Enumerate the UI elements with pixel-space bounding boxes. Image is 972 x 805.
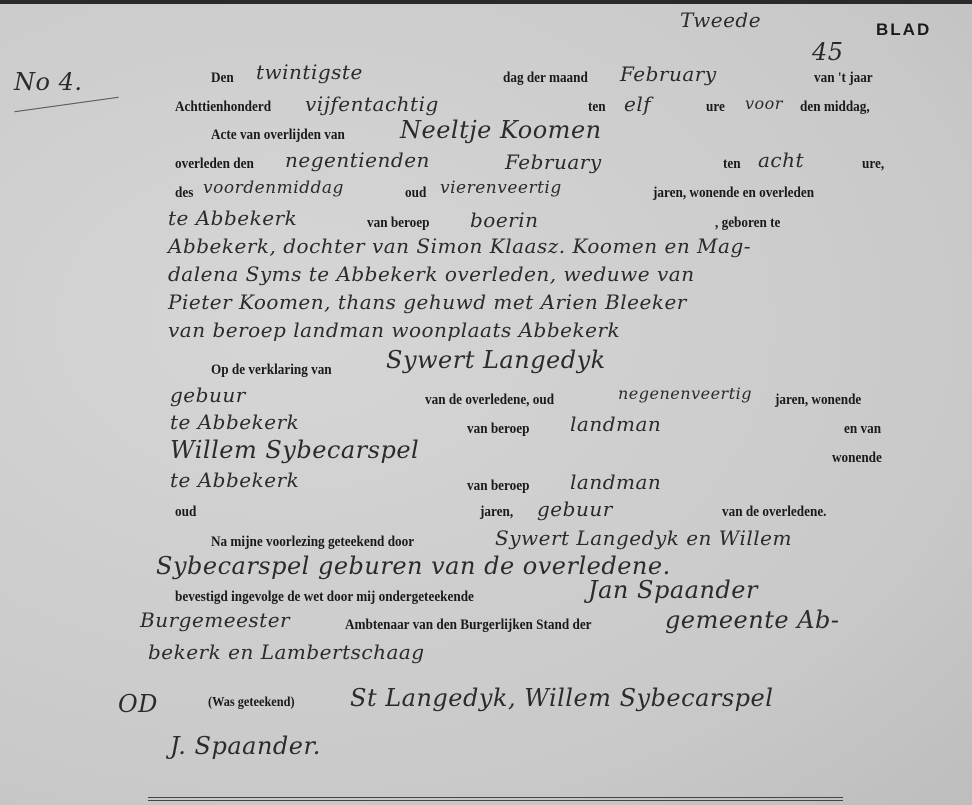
page-top-edge — [0, 0, 972, 4]
label-van-beroep: van beroep — [367, 215, 429, 232]
label-achttienhonderd: Achttienhonderd — [175, 99, 271, 116]
witness-1-residence: te Abbekerk — [170, 410, 299, 434]
label-ure: ure — [706, 99, 725, 116]
page-word: Tweede — [680, 8, 761, 32]
death-hour-value: acht — [758, 148, 804, 172]
voor-value: voor — [745, 94, 783, 113]
civil-record-page: Tweede BLAD 45 No 4. Den twintigste dag … — [0, 0, 972, 805]
label-den: Den — [211, 70, 234, 87]
spouse-line: Pieter Koomen, thans gehuwd met Arien Bl… — [168, 290, 687, 314]
death-day-value: negentienden — [285, 148, 430, 172]
label-jaren-wonende: jaren, wonende — [775, 392, 861, 409]
age-value: vierenveertig — [440, 178, 562, 198]
label-oud-2: oud — [175, 504, 196, 521]
label-dag-der-maand: dag der maand — [503, 70, 588, 87]
label-ure-2: ure, — [862, 156, 884, 173]
page-number: 45 — [812, 38, 844, 66]
signers-line-1: Sywert Langedyk en Willem — [495, 526, 792, 550]
witness-1-age: negenenveertig — [618, 384, 752, 403]
spouse-occupation-line: van beroep landman woonplaats Abbekerk — [168, 318, 620, 342]
witness-2-residence: te Abbekerk — [170, 468, 299, 492]
hour-value: elf — [624, 92, 651, 116]
label-acte-van-overlijden: Acte van overlijden van — [211, 127, 345, 144]
record-number-underline — [14, 97, 118, 113]
month-value: February — [620, 62, 717, 86]
label-wonende: wonende — [832, 450, 882, 467]
municipality-line-2: bekerk en Lambertschaag — [148, 640, 425, 664]
label-van-beroep-3: van beroep — [467, 478, 529, 495]
bottom-rule-2 — [148, 800, 843, 801]
witness-2-occupation: landman — [570, 470, 661, 494]
occupation-value: boerin — [470, 208, 539, 232]
label-bevestigd-ingevolge: bevestigd ingevolge de wet door mij onde… — [175, 589, 474, 606]
label-van-de-overledene-oud: van de overledene, oud — [425, 392, 554, 409]
label-overleden-den: overleden den — [175, 156, 254, 173]
deceased-name: Neeltje Koomen — [400, 116, 602, 144]
label-van-beroep-2: van beroep — [467, 421, 529, 438]
label-den-middag: den middag, — [800, 99, 870, 116]
parents-line-1: Abbekerk, dochter van Simon Klaasz. Koom… — [168, 234, 751, 258]
blad-label: BLAD — [876, 20, 931, 40]
day-value: twintigste — [256, 60, 363, 84]
year-value: vijfentachtig — [305, 92, 439, 116]
witness-1-name: Sywert Langedyk — [386, 346, 606, 374]
witness-2-relation: gebuur — [537, 497, 613, 521]
label-van-t-jaar: van 't jaar — [814, 70, 873, 87]
label-jaren-wonende-en-overleden: jaren, wonende en overleden — [653, 185, 814, 202]
official-name: Jan Spaander — [588, 576, 758, 604]
record-number: No 4. — [14, 68, 82, 96]
death-month-value: February — [505, 150, 602, 174]
label-oud: oud — [405, 185, 426, 202]
time-of-day-value: voordenmiddag — [203, 178, 344, 198]
witness-2-name: Willem Sybecarspel — [170, 436, 419, 464]
label-jaren: jaren, — [480, 504, 513, 521]
bottom-rule-1 — [148, 797, 843, 798]
parents-line-2: dalena Syms te Abbekerk overleden, weduw… — [168, 262, 695, 286]
label-na-mijne-voorlezing: Na mijne voorlezing geteekend door — [211, 534, 414, 551]
label-ambtenaar-burgerlijke-stand: Ambtenaar van den Burgerlijken Stand der — [345, 617, 592, 634]
label-op-de-verklaring-van: Op de verklaring van — [211, 362, 332, 379]
margin-annotation: OD — [118, 690, 158, 718]
label-geboren-te: , geboren te — [715, 215, 780, 232]
signatures-line-2: J. Spaander. — [170, 732, 321, 760]
label-ten: ten — [588, 99, 606, 116]
witness-1-relation: gebuur — [170, 383, 246, 407]
label-ten-2: ten — [723, 156, 741, 173]
label-en-van: en van — [844, 421, 881, 438]
label-van-de-overledene: van de overledene. — [722, 504, 826, 521]
municipality-line-1: gemeente Ab- — [665, 606, 839, 634]
label-was-geteekend: (Was geteekend) — [208, 695, 295, 711]
label-des: des — [175, 185, 193, 202]
residence-value: te Abbekerk — [168, 206, 297, 230]
witness-1-occupation: landman — [570, 412, 661, 436]
official-title: Burgemeester — [140, 608, 290, 632]
signatures-line-1: St Langedyk, Willem Sybecarspel — [350, 684, 773, 712]
